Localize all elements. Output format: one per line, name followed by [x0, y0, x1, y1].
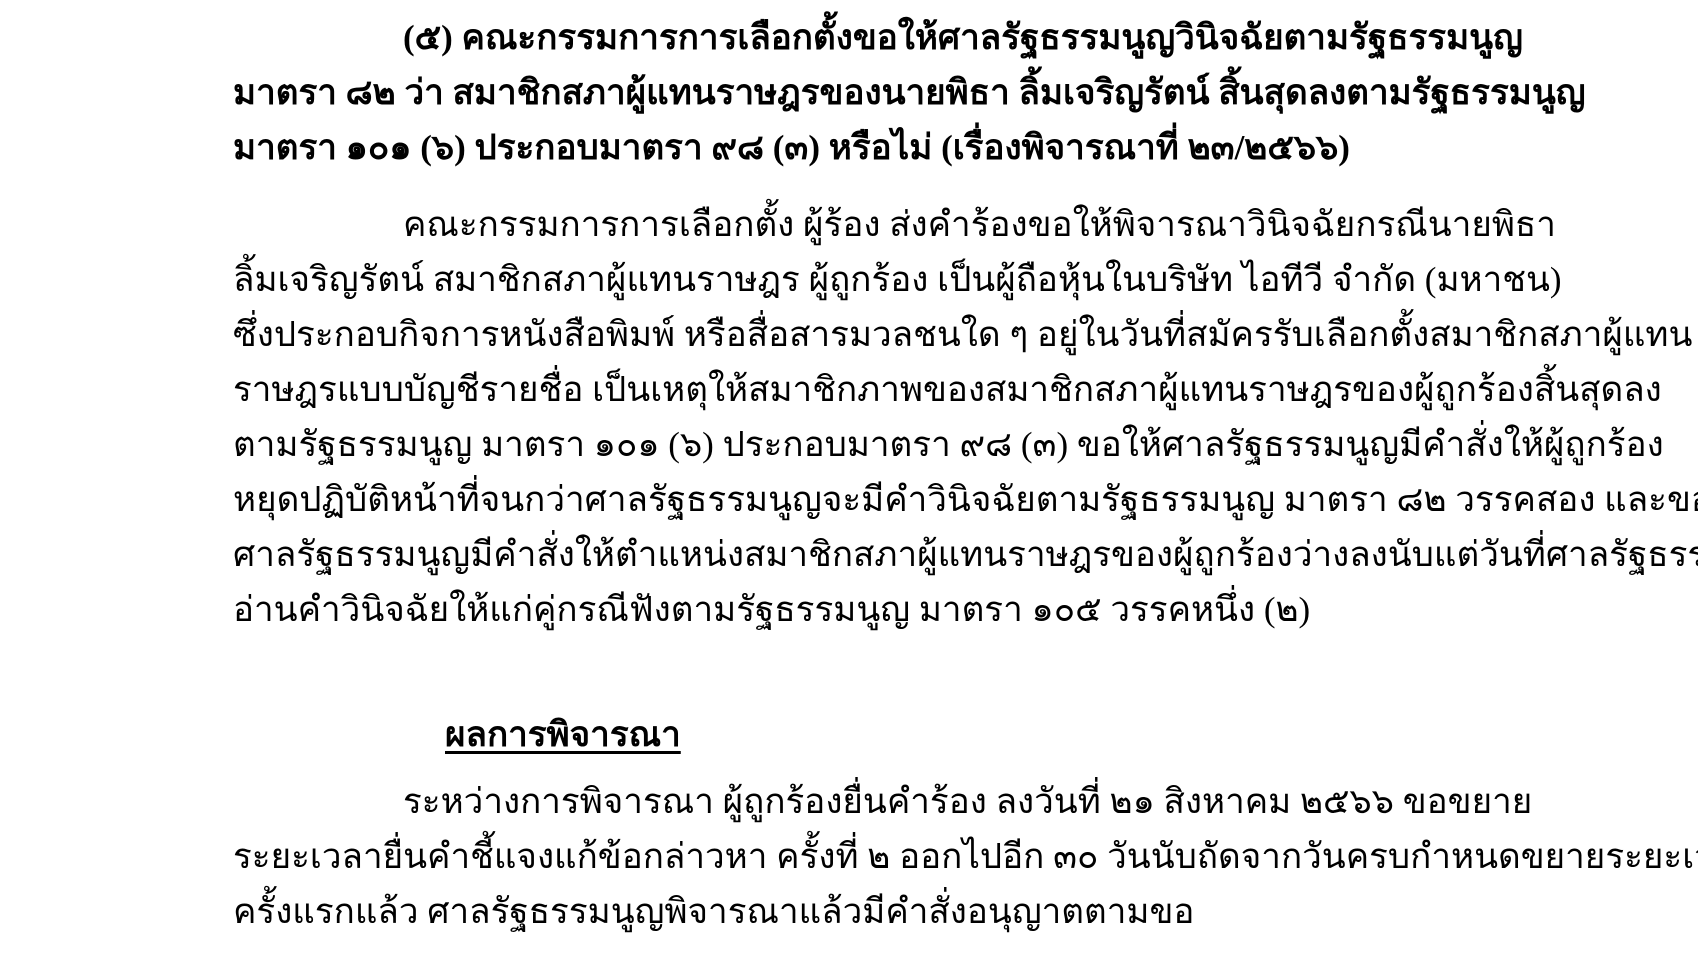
text-line: ระหว่างการพิจารณา ผู้ถูกร้องยื่นคำร้อง ล…: [233, 774, 1465, 829]
document-page: (๕) คณะกรรมการการเลือกตั้งขอให้ศาลรัฐธรร…: [0, 0, 1698, 966]
text-line: ราษฎรแบบบัญชีรายชื่อ เป็นเหตุให้สมาชิกภา…: [233, 362, 1465, 417]
text-line: ศาลรัฐธรรมนูญมีคำสั่งให้ตำแหน่งสมาชิกสภา…: [233, 527, 1465, 582]
text-line: หยุดปฏิบัติหน้าที่จนกว่าศาลรัฐธรรมนูญจะม…: [233, 472, 1465, 527]
text-line: ซึ่งประกอบกิจการหนังสือพิมพ์ หรือสื่อสาร…: [233, 307, 1465, 362]
text-line: มาตรา ๑๐๑ (๖) ประกอบมาตรา ๙๘ (๓) หรือไม่…: [233, 120, 1465, 175]
text-line: (๕) คณะกรรมการการเลือกตั้งขอให้ศาลรัฐธรร…: [233, 10, 1465, 65]
text-line: ครั้งแรกแล้ว ศาลรัฐธรรมนูญพิจารณาแล้วมีค…: [233, 884, 1465, 939]
text-line: คณะกรรมการการเลือกตั้ง ผู้ร้อง ส่งคำร้อง…: [233, 197, 1465, 252]
result-section-heading: ผลการพิจารณา: [445, 707, 1465, 762]
result-details-paragraph: ระหว่างการพิจารณา ผู้ถูกร้องยื่นคำร้อง ล…: [233, 774, 1465, 939]
text-line: ลิ้มเจริญรัตน์ สมาชิกสภาผู้แทนราษฎร ผู้ถ…: [233, 252, 1465, 307]
text-line: ตามรัฐธรรมนูญ มาตรา ๑๐๑ (๖) ประกอบมาตรา …: [233, 417, 1465, 472]
text-line: ระยะเวลายื่นคำชี้แจงแก้ข้อกล่าวหา ครั้งท…: [233, 829, 1465, 884]
agenda-item-paragraph: (๕) คณะกรรมการการเลือกตั้งขอให้ศาลรัฐธรร…: [233, 10, 1465, 175]
text-line: อ่านคำวินิจฉัยให้แก่คู่กรณีฟังตามรัฐธรรม…: [233, 582, 1465, 637]
result-heading-text: ผลการพิจารณา: [445, 715, 681, 754]
petition-details-paragraph: คณะกรรมการการเลือกตั้ง ผู้ร้อง ส่งคำร้อง…: [233, 197, 1465, 637]
text-line: มาตรา ๘๒ ว่า สมาชิกสภาผู้แทนราษฎรของนายพ…: [233, 65, 1465, 120]
